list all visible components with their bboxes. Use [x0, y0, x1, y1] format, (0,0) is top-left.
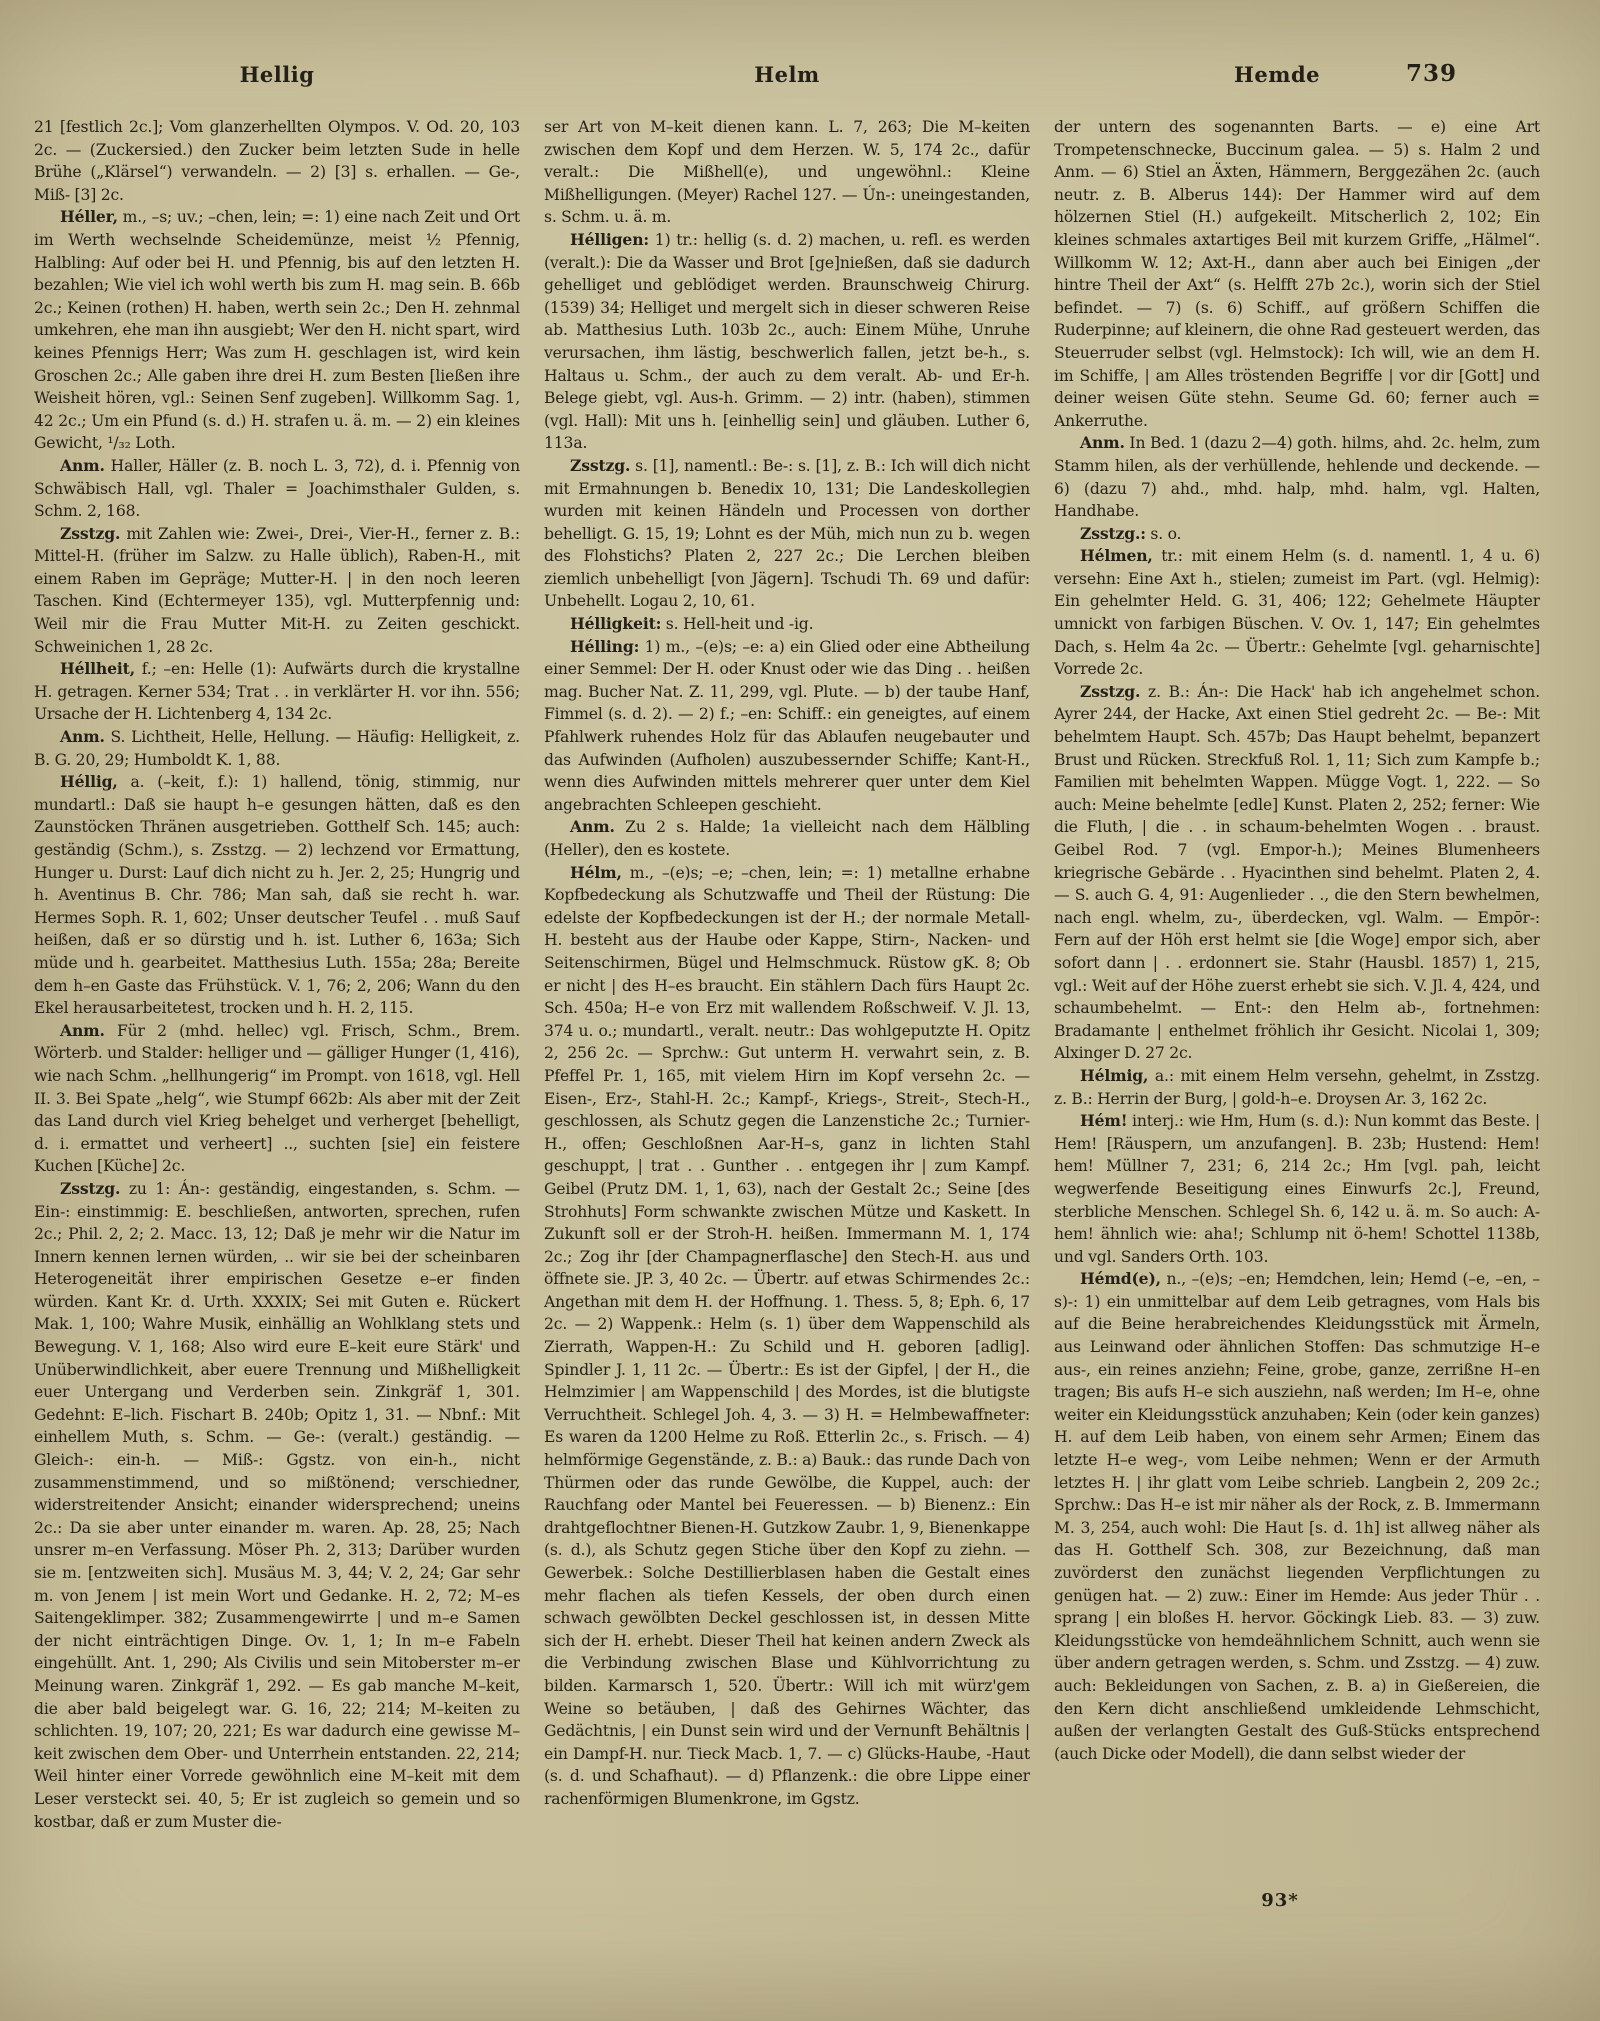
entry-headword: Hém! [1080, 1111, 1127, 1130]
entry-headword: Hélligen: [570, 230, 649, 249]
entry-headword: Hélm, [570, 863, 622, 882]
page-number: 739 [1406, 60, 1457, 87]
entry-paragraph: Anm. Für 2 (mhd. hellec) vgl. Frisch, Sc… [34, 1020, 520, 1178]
entry-paragraph: Anm. In Bed. 1 (dazu 2—4) goth. hilms, a… [1054, 432, 1540, 522]
entry-headword: Hélmen, [1080, 546, 1153, 565]
dictionary-page: Hellig Helm Hemde 739 21 [festlich 2c.];… [0, 0, 1600, 2021]
continuation-paragraph: der untern des sogenannten Barts. — e) e… [1054, 116, 1540, 432]
entry-paragraph: Zsstzg. z. B.: Án-: Die Hack' hab ich an… [1054, 681, 1540, 1065]
entry-headword: Anm. [60, 727, 105, 746]
entry-headword: Zsstzg. [60, 524, 120, 543]
entry-paragraph: Anm. S. Lichtheit, Helle, Hellung. — Häu… [34, 726, 520, 771]
entry-paragraph: Hémd(e), n., –(e)s; –en; Hemdchen, lein;… [1054, 1268, 1540, 1765]
entry-paragraph: Zsstzg.: s. o. [1054, 523, 1540, 546]
entry-headword: Héllig, [60, 772, 118, 791]
entry-paragraph: Héllig, a. (–keit, f.): 1) hallend, töni… [34, 771, 520, 1020]
entry-paragraph: Hém! interj.: wie Hm, Hum (s. d.): Nun k… [1054, 1110, 1540, 1268]
column-left: 21 [festlich 2c.]; Vom glanzerhellten Ol… [34, 116, 520, 1904]
running-header: Hellig Helm Hemde 739 [0, 62, 1600, 94]
entry-headword: Héllheit, [60, 659, 135, 678]
entry-headword: Hélmig, [1080, 1066, 1148, 1085]
entry-headword: Zsstzg. [570, 456, 630, 475]
entry-headword: Anm. [1080, 433, 1125, 452]
signature-mark: 93* [1150, 1890, 1410, 1911]
entry-paragraph: Anm. Zu 2 s. Halde; 1a vielleicht nach d… [544, 816, 1030, 861]
entry-paragraph: Zsstzg. mit Zahlen wie: Zwei-, Drei-, Vi… [34, 523, 520, 659]
column-middle: ser Art von M–keit dienen kann. L. 7, 26… [544, 116, 1030, 1904]
text-columns: 21 [festlich 2c.]; Vom glanzerhellten Ol… [34, 116, 1540, 1904]
entry-paragraph: Hélligkeit: s. Hell-heit und -ig. [544, 613, 1030, 636]
entry-headword: Anm. [570, 817, 615, 836]
entry-paragraph: Zsstzg. s. [1], namentl.: Be-: s. [1], z… [544, 455, 1030, 613]
guide-word-center: Helm [544, 62, 1030, 87]
continuation-paragraph: ser Art von M–keit dienen kann. L. 7, 26… [544, 116, 1030, 229]
entry-headword: Anm. [60, 1021, 105, 1040]
entry-paragraph: Héllheit, f.; –en: Helle (1): Aufwärts d… [34, 658, 520, 726]
entry-headword: Zsstzg. [60, 1179, 120, 1198]
entry-paragraph: Hélm, m., –(e)s; –e; –chen, lein; =: 1) … [544, 862, 1030, 1811]
entry-paragraph: Hélligen: 1) tr.: hellig (s. d. 2) mache… [544, 229, 1030, 455]
column-right: der untern des sogenannten Barts. — e) e… [1054, 116, 1540, 1904]
entry-headword: Anm. [60, 456, 105, 475]
entry-headword: Zsstzg. [1080, 682, 1140, 701]
continuation-paragraph: 21 [festlich 2c.]; Vom glanzerhellten Ol… [34, 116, 520, 206]
entry-paragraph: Hélmen, tr.: mit einem Helm (s. d. namen… [1054, 545, 1540, 681]
entry-headword: Zsstzg.: [1080, 524, 1146, 543]
entry-headword: Hélligkeit: [570, 614, 661, 633]
entry-paragraph: Anm. Haller, Häller (z. B. noch L. 3, 72… [34, 455, 520, 523]
entry-paragraph: Hélling: 1) m., –(e)s; –e: a) ein Glied … [544, 636, 1030, 817]
guide-word-left: Hellig [34, 62, 520, 87]
entry-headword: Hélling: [570, 637, 639, 656]
entry-headword: Hémd(e), [1080, 1269, 1161, 1288]
entry-headword: Héller, [60, 207, 118, 226]
entry-paragraph: Héller, m., –s; uv.; –chen, lein; =: 1) … [34, 206, 520, 455]
entry-paragraph: Hélmig, a.: mit einem Helm versehn, gehe… [1054, 1065, 1540, 1110]
entry-paragraph: Zsstzg. zu 1: Án-: geständig, eingestand… [34, 1178, 520, 1833]
